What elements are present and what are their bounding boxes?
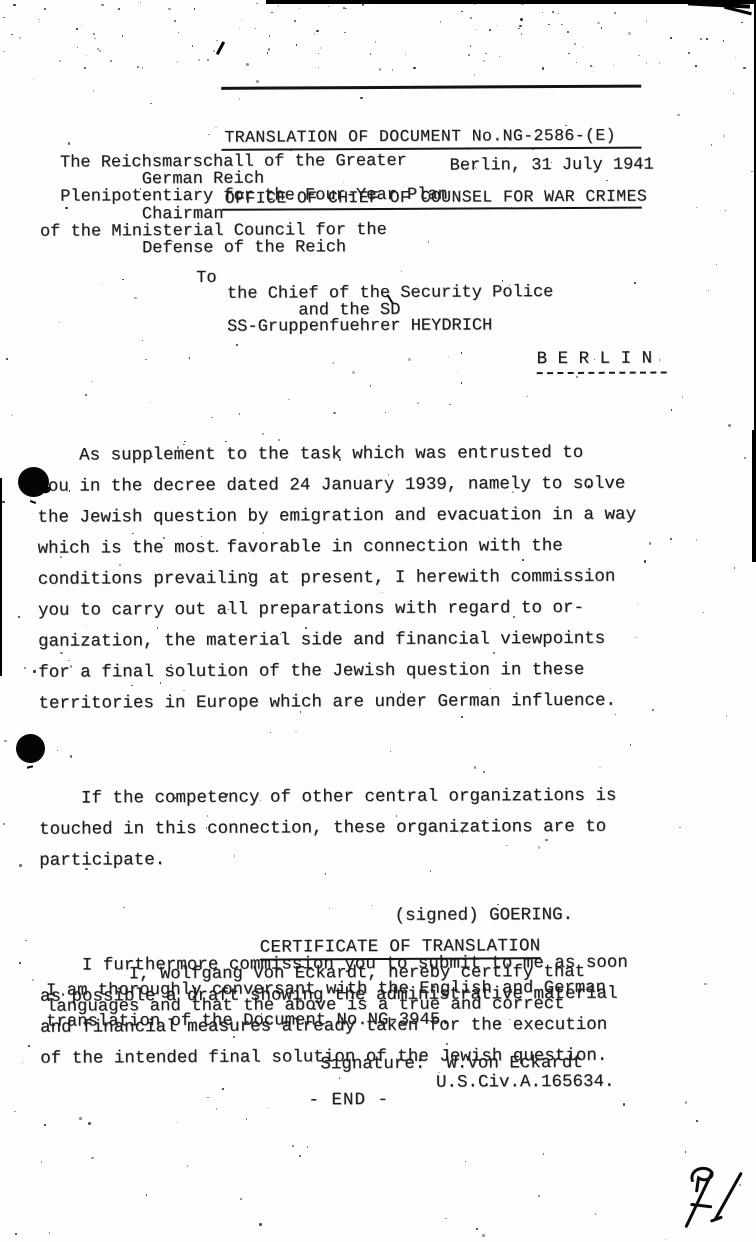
text-line: Defense of the Reich [40, 239, 448, 258]
text-line: Signature: W.Von Eckardt [320, 1054, 614, 1074]
text-line: Plenipotentiary for the Four-Year Plan [40, 187, 448, 206]
paragraph-1: As supplement to the task which was entr… [37, 438, 637, 720]
scanned-document: TRANSLATION OF DOCUMENT No.NG-2586-(E) O… [0, 0, 756, 1242]
handwritten-page-number [679, 1164, 756, 1242]
text-line: you in the decree dated 24 January 1939,… [37, 469, 636, 503]
recipient-city: B E R L I N [537, 348, 667, 374]
scan-edge-right2 [752, 430, 756, 562]
text-line: you to carry out all preparations with r… [38, 593, 637, 627]
certificate-title: CERTIFICATE OF TRANSLATION [260, 936, 541, 960]
certificate-text: I, Wolfgang Von Eckardt, hereby certify … [46, 965, 606, 1031]
hole-punch-bottom [16, 734, 45, 763]
letterhead: The Reichsmarschall of the Greater Germa… [40, 153, 449, 258]
text-line: which is the most favorable in connectio… [38, 531, 637, 565]
text-line: As supplement to the task which was entr… [37, 438, 636, 472]
dateline: Berlin, 31 July 1941 [450, 156, 654, 176]
recipient-address: To the Chief of the Security Police and … [196, 269, 553, 336]
text-line: ganization, the material side and financ… [38, 624, 637, 658]
text-line: touched in this connection, these organi… [39, 812, 638, 846]
text-line: If the competency of other central organ… [39, 781, 638, 815]
end-mark: - END - [308, 1090, 389, 1110]
scan-edge-top [266, 0, 756, 4]
text-line: participate. [39, 843, 638, 877]
text-line: for a final solution of the Jewish quest… [38, 655, 637, 689]
scan-edge-left [0, 478, 2, 676]
text-line: conditions prevailing at present, I here… [38, 562, 637, 596]
document-page: { "colors": { "ink": "#1d1d1d", "paper":… [0, 0, 756, 1242]
text-line: translation of the Document No.NG-3945. [46, 1012, 606, 1031]
stamp-header-line1: TRANSLATION OF DOCUMENT No.NG-2586-(E) [221, 126, 641, 151]
paragraph-2: If the competency of other central organ… [39, 781, 638, 877]
certificate-signature-block: Signature: W.Von Eckardt U.S.Civ.A.16563… [320, 1054, 614, 1093]
handwritten-71-strokes [679, 1164, 756, 1238]
text-line: SS-Gruppenfuehrer HEYDRICH [196, 318, 553, 336]
text-line: territories in Europe which are under Ge… [38, 686, 637, 720]
signature-line: (signed) GOERING. [394, 905, 573, 926]
text-line: the Jewish question by emigration and ev… [37, 500, 636, 534]
